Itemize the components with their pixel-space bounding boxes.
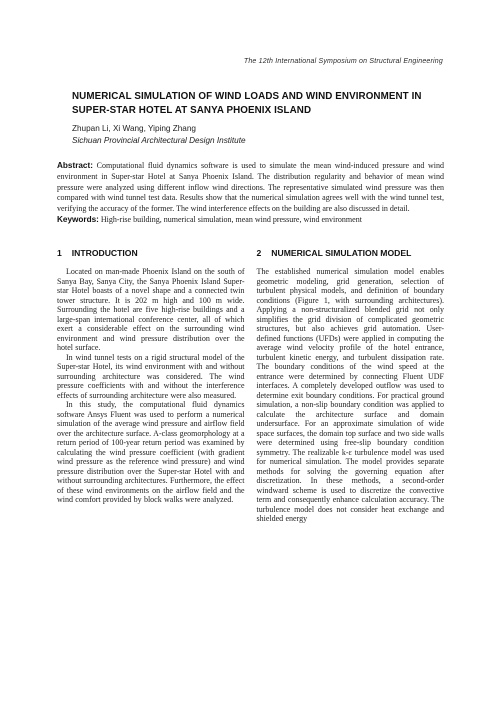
keywords-text: High-rise building, numerical simulation… xyxy=(101,215,362,224)
paper-page: The 12th International Symposium on Stru… xyxy=(0,0,496,702)
abstract-paragraph: Abstract: Computational fluid dynamics s… xyxy=(57,161,444,215)
paper-title: NUMERICAL SIMULATION OF WIND LOADS AND W… xyxy=(72,90,448,118)
section-1-heading: 1INTRODUCTION xyxy=(57,248,227,258)
column-right: 2NUMERICAL SIMULATION MODEL The establis… xyxy=(257,248,445,524)
section-1-paragraph-2: In wind tunnel tests on a rigid structur… xyxy=(57,353,245,401)
section-1-number: 1 xyxy=(57,248,72,258)
column-left: 1INTRODUCTION Located on man-made Phoeni… xyxy=(57,248,245,524)
abstract-block: Abstract: Computational fluid dynamics s… xyxy=(57,161,444,226)
authors-line: Zhupan Li, Xi Wang, Yiping Zhang xyxy=(72,124,196,133)
affiliation-line: Sichuan Provincial Architectural Design … xyxy=(72,136,246,145)
section-2-paragraph-1: The established numerical simulation mod… xyxy=(257,267,445,524)
section-1-title: INTRODUCTION xyxy=(72,248,138,258)
section-2-heading: 2NUMERICAL SIMULATION MODEL xyxy=(257,248,427,258)
abstract-text: Computational fluid dynamics software is… xyxy=(57,161,444,213)
paper-title-line-2: SUPER-STAR HOTEL AT SANYA PHOENIX ISLAND xyxy=(72,104,448,118)
two-column-body: 1INTRODUCTION Located on man-made Phoeni… xyxy=(57,248,444,524)
section-1-paragraph-1: Located on man-made Phoenix Island on th… xyxy=(57,267,245,353)
abstract-label: Abstract: xyxy=(57,161,93,170)
conference-header: The 12th International Symposium on Stru… xyxy=(244,58,443,65)
keywords-label: Keywords: xyxy=(57,215,99,224)
section-2-title: NUMERICAL SIMULATION MODEL xyxy=(271,248,411,258)
section-2-number: 2 xyxy=(257,248,272,258)
paper-title-line-1: NUMERICAL SIMULATION OF WIND LOADS AND W… xyxy=(72,90,448,104)
keywords-line: Keywords: High-rise building, numerical … xyxy=(57,215,444,226)
section-1-paragraph-3: In this study, the computational fluid d… xyxy=(57,400,245,505)
